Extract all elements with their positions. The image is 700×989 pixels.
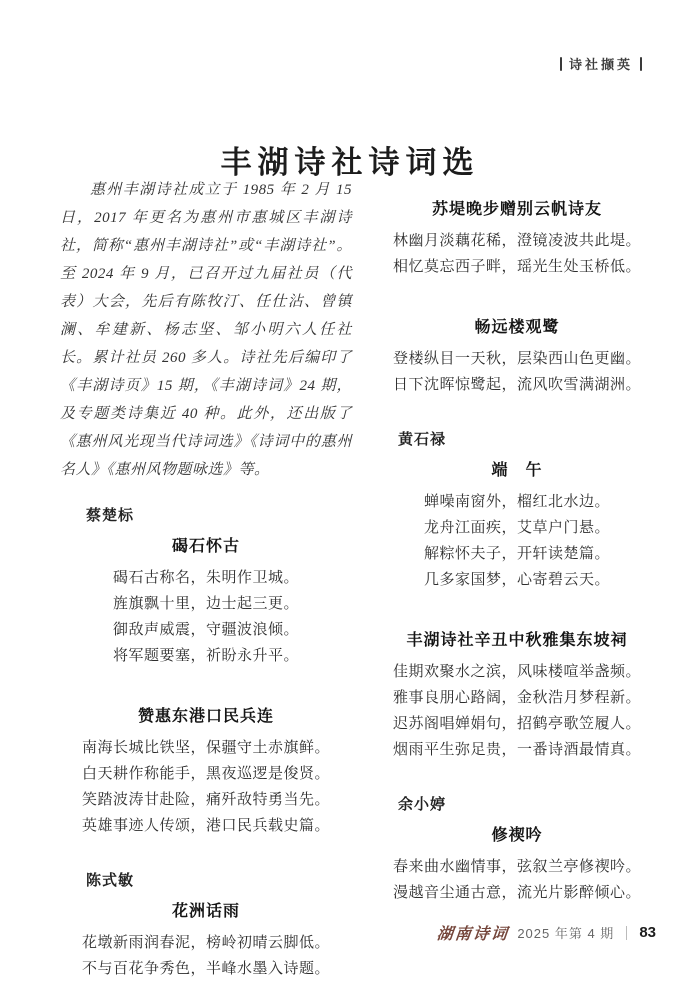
- author-name: 黄石禄: [398, 428, 662, 449]
- poem-line: 日下沈晖惊鹭起，流风吹雪满湖洲。: [372, 372, 662, 398]
- poem-line: 雅事良朋心路阔，金秋浩月梦程新。: [372, 685, 662, 711]
- poem-title: 端 午: [372, 457, 662, 480]
- poem-changyuanlou-guanlu: 畅远楼观鹭 登楼纵目一天秋，层染西山色更幽。 日下沈晖惊鹭起，流风吹雪满湖洲。: [372, 314, 662, 398]
- page-footer: 湖南诗词 2025 年第 4 期 83: [437, 921, 656, 944]
- poem-line: 不与百花争秀色，半峰水墨入诗题。: [60, 956, 352, 982]
- page-number: 83: [639, 924, 656, 941]
- poem-line: 旌旗飘十里，边士起三更。: [60, 591, 352, 617]
- poem-line: 几多家国梦，心寄碧云天。: [372, 567, 662, 593]
- running-head-label: 诗社撷英: [569, 54, 633, 73]
- poem-line: 春来曲水幽情事，弦叙兰亭修禊吟。: [372, 854, 662, 880]
- poem-line: 登楼纵目一天秋，层染西山色更幽。: [372, 346, 662, 372]
- right-column: 苏堤晚步赠别云帆诗友 林幽月淡藕花稀，澄镜凌波共此堤。 相忆莫忘西子畔，瑶光生处…: [372, 176, 662, 906]
- poem-jieshi-huaigu: 碣石怀古 碣石古称名，朱明作卫城。 旌旗飘十里，边士起三更。 御敌声威震，守疆波…: [60, 533, 352, 669]
- poem-duanwu: 端 午 蝉噪南窗外，榴红北水边。 龙舟江面疾，艾草户门悬。 解粽怀夫子，开轩读楚…: [372, 457, 662, 593]
- poem-zan-huidong: 赞惠东港口民兵连 南海长城比铁坚，保疆守土赤旗鲜。 白天耕作称能手，黑夜巡逻是俊…: [60, 703, 352, 839]
- poem-line: 将军题要塞，祈盼永升平。: [60, 643, 352, 669]
- running-head: 诗社撷英: [560, 54, 642, 73]
- header-left-bar-icon: [560, 57, 562, 71]
- author-name: 陈式敏: [86, 869, 352, 890]
- poem-line: 烟雨平生弥足贵，一番诗酒最情真。: [372, 737, 662, 763]
- poem-huazhou-huayu: 花洲话雨 花墩新雨润春泥，榜岭初晴云脚低。 不与百花争秀色，半峰水墨入诗题。: [60, 898, 352, 982]
- poem-line: 相忆莫忘西子畔，瑶光生处玉桥低。: [372, 254, 662, 280]
- issue-label: 2025 年第 4 期: [517, 923, 614, 942]
- poem-title: 花洲话雨: [60, 898, 352, 921]
- author-name: 余小婷: [398, 793, 662, 814]
- magazine-page: 诗社撷英 丰湖诗社诗词选 惠州丰湖诗社成立于 1985 年 2 月 15 日，2…: [0, 0, 700, 989]
- poem-line: 御敌声威震，守疆波浪倾。: [60, 617, 352, 643]
- journal-name: 湖南诗词: [436, 921, 510, 944]
- poem-title: 畅远楼观鹭: [372, 314, 662, 337]
- poem-line: 林幽月淡藕花稀，澄镜凌波共此堤。: [372, 228, 662, 254]
- poem-title: 苏堤晚步赠别云帆诗友: [372, 196, 662, 219]
- poem-line: 蝉噪南窗外，榴红北水边。: [372, 489, 662, 515]
- poem-title: 赞惠东港口民兵连: [60, 703, 352, 726]
- poem-title: 修禊吟: [372, 822, 662, 845]
- intro-paragraph: 惠州丰湖诗社成立于 1985 年 2 月 15 日，2017 年更名为惠州市惠城…: [60, 176, 352, 484]
- poem-xiuxi-yin: 修禊吟 春来曲水幽情事，弦叙兰亭修禊吟。 漫越音尘通古意，流光片影醉倾心。: [372, 822, 662, 906]
- left-column: 惠州丰湖诗社成立于 1985 年 2 月 15 日，2017 年更名为惠州市惠城…: [60, 176, 352, 982]
- poem-title: 丰湖诗社辛丑中秋雅集东坡祠: [372, 627, 662, 650]
- poem-title: 碣石怀古: [60, 533, 352, 556]
- poem-line: 迟苏阁唱婵娟句，招鹤亭歌笠履人。: [372, 711, 662, 737]
- poem-line: 白天耕作称能手，黑夜巡逻是俊贤。: [60, 761, 352, 787]
- poem-line: 龙舟江面疾，艾草户门悬。: [372, 515, 662, 541]
- poem-line: 碣石古称名，朱明作卫城。: [60, 565, 352, 591]
- poem-line: 佳期欢聚水之滨，风味楼喧举盏频。: [372, 659, 662, 685]
- footer-divider: [626, 926, 627, 940]
- poem-line: 南海长城比铁坚，保疆守土赤旗鲜。: [60, 735, 352, 761]
- poem-line: 笑踏波涛甘赴险，痛歼敌特勇当先。: [60, 787, 352, 813]
- poem-sudi-wanbu: 苏堤晚步赠别云帆诗友 林幽月淡藕花稀，澄镜凌波共此堤。 相忆莫忘西子畔，瑶光生处…: [372, 196, 662, 280]
- header-right-bar-icon: [640, 57, 642, 71]
- poem-line: 解粽怀夫子，开轩读楚篇。: [372, 541, 662, 567]
- author-name: 蔡楚标: [86, 504, 352, 525]
- poem-line: 花墩新雨润春泥，榜岭初晴云脚低。: [60, 930, 352, 956]
- poem-line: 漫越音尘通古意，流光片影醉倾心。: [372, 880, 662, 906]
- poem-zhongqiu-yaji: 丰湖诗社辛丑中秋雅集东坡祠 佳期欢聚水之滨，风味楼喧举盏频。 雅事良朋心路阔，金…: [372, 627, 662, 763]
- poem-line: 英雄事迹人传颂，港口民兵载史篇。: [60, 813, 352, 839]
